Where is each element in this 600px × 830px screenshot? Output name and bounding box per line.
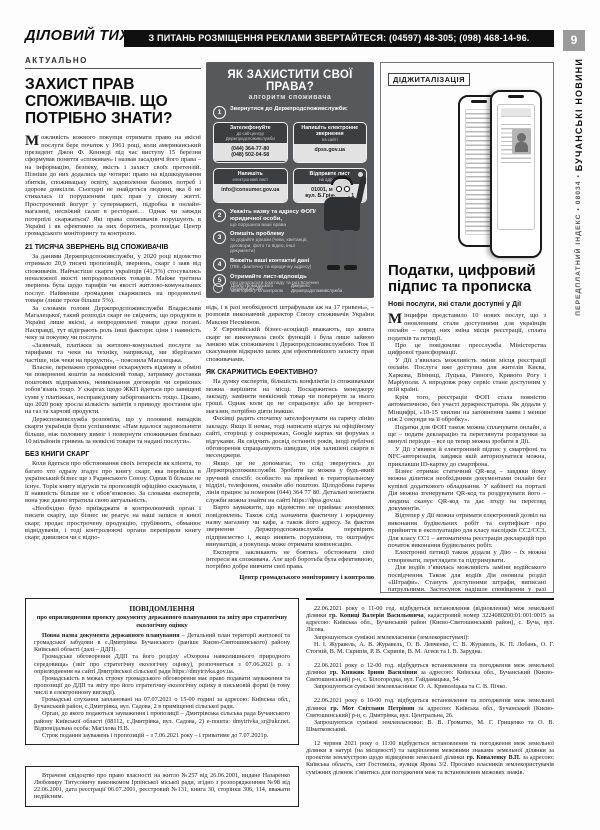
body-paragraph: Податки для ФОП також можна сплачувати о… [388, 424, 546, 446]
diia-app-phone-mockups [458, 90, 546, 260]
subhead-complaints-count: 21 ТИСЯЧА ЗВЕРНЕНЬ ВІД СПОЖИВАЧІВ [25, 244, 201, 251]
survey-notice-paragraph: 22.06.2021 року о 10-00 год. відбудеться… [306, 697, 554, 718]
body-paragraph: «Необхідно було приїжджати в контролюючи… [25, 505, 201, 542]
subhead-no-complaint-book: БЕЗ КНИГИ СКАРГ [25, 451, 201, 458]
infographic-footer: Центр громадського моніторингу та контро… [213, 283, 342, 293]
digitalization-article-box: ДІДЖИТАЛІЗАЦІЯ Податки, цифровий підпис … [380, 62, 554, 593]
step-subtext: (ПІБ, фактичну та юридичну адресу) [230, 265, 311, 271]
official-notice-section: ПОВІДОМЛЕННЯ про оприлюднення проекту до… [25, 598, 299, 745]
glasses-icon [336, 186, 342, 192]
infographic-title: ЯК ЗАХИСТИТИ СВОЇ ПРАВА? [213, 69, 367, 93]
contact-box-online-form: Напишіть електронне звернення на сайті d… [293, 122, 368, 163]
contact-box-heading: Напишіть електронне звернення [297, 125, 364, 137]
notice-paragraph: Строк подання зауважень і пропозицій – з… [34, 732, 290, 739]
body-paragraph: «Зазвичай, платіжки за житлово-комунальн… [25, 342, 201, 364]
body-paragraph: Крім того, реєстрація ФОП стала повністю… [388, 394, 546, 424]
body-paragraph: Бізнес отримає статичний QR-код – завдяк… [388, 468, 546, 512]
step-number-badge: 1 [213, 106, 226, 119]
body-paragraph: На думку експертів, більшість конфліктів… [206, 378, 374, 415]
drop-cap: М [25, 134, 41, 147]
survey-notice-paragraph: 12 червня 2021 року о 11:00 відбудеться … [306, 740, 554, 776]
infographic-step-1: 1 Звернутися до Держпродспоживслужби: [213, 106, 367, 119]
lost-document-notice: Втрачене свідоцтво про право власності н… [25, 766, 299, 807]
cartoon-torso [324, 197, 360, 231]
step-title: Вкажіть ваші контактні дані [230, 258, 311, 265]
paper-title-vertical: БУЧАНСЬКІ НОВИНИ [574, 58, 584, 171]
document-lines [465, 109, 493, 235]
body-paragraph: У Європейській бізнес-асоціації вважають… [206, 326, 374, 363]
step-number-badge: 4 [213, 258, 226, 271]
subscription-index-label: ПЕРЕДПЛАТНИЙ ІНДЕКС • 08034 • [575, 171, 582, 316]
notice-paragraph: Громадські слухання заплановані на 07.07… [34, 696, 290, 710]
body-paragraph: Коли йдеться про обстоювання своїх інтер… [25, 460, 201, 504]
lost-document-box: Втрачене свідоцтво про право власності н… [25, 766, 299, 807]
body-paragraph: Держспоживслужба розповіла, що у половин… [25, 416, 201, 446]
survey-notice-paragraph: Запрошуються суміжні землевласники: О. А… [306, 683, 554, 690]
glasses-icon [344, 186, 350, 192]
body-paragraph: Електронні петиції також додали у Дію – … [388, 549, 546, 564]
body-paragraph: Для водіїв з’явилась можливість заміни в… [388, 564, 546, 593]
kicker-rule [25, 68, 201, 69]
phone-notch [508, 95, 524, 98]
notice-paragraph: Громадськість в межах строку громадськог… [34, 675, 290, 696]
section-kicker: АКТУАЛЬНО [25, 56, 201, 65]
contact-email-address: info@consumer.gov.ua [214, 184, 287, 202]
body-paragraph: відь, і в разі необхідності штрафували а… [206, 304, 374, 326]
survey-notice-paragraph: Н. І. Журавель, А. В. Журавель, О. В. Ле… [306, 641, 554, 655]
body-paragraph: За даними Держпродспоживслужби, у 2020 р… [25, 253, 201, 305]
article-continuation: відь, і в разі необхідності штрафували а… [206, 304, 374, 581]
article-column-left: АКТУАЛЬНО ЗАХИСТ ПРАВ СПОЖИВАЧІВ. ЩО ПОТ… [25, 56, 201, 596]
body-paragraph: Фахівці радять спочатку зателефонувати н… [206, 415, 374, 459]
infographic-credit: Центр громадського моніторингу та контро… [231, 283, 283, 293]
article-headline: ЗАХИСТ ПРАВ СПОЖИВАЧІВ. ЩО ПОТРІБНО ЗНАТ… [25, 76, 201, 127]
page-number: 9 [563, 30, 585, 51]
step-subtext: та додайте докази (чеки, квитанції, дого… [230, 238, 319, 255]
body-paragraph: Про це повідомляє пресслужба Міністерств… [388, 342, 546, 357]
step-number-badge: 3 [213, 231, 226, 244]
notice-paragraph: Орган, до якого подаються зауваження і п… [34, 710, 290, 731]
infographic-step-4: 4 Вкажіть ваші контактні дані (ПІБ, факт… [213, 258, 319, 271]
body-paragraph: Мінцифри представило 10 нових послуг, що… [388, 312, 546, 342]
notice-title: ПОВІДОМЛЕННЯ [34, 604, 290, 613]
survey-notice-paragraph: 22.06.2021 року о 12-00 год. відбудеться… [306, 662, 554, 683]
id-card-header [501, 108, 531, 117]
article-column-right: ДІДЖИТАЛІЗАЦІЯ Податки, цифровий підпис … [380, 62, 554, 593]
contact-box-subheading: електронний лист [217, 177, 284, 182]
article-lead-paragraph: Можливість кожного покупця отримати прав… [25, 134, 201, 238]
body-paragraph: Експерти закликають не боятись обстоюват… [206, 549, 374, 571]
body-paragraph: Якщо це не допомагає, то слід звернутись… [206, 460, 374, 504]
lead-text: інцифри представило 10 нових послуг, що … [388, 312, 546, 341]
edge-vertical-strip: ПЕРЕДПЛАТНИЙ ІНДЕКС • 08034 • БУЧАНСЬКІ … [574, 58, 584, 316]
body-paragraph: У Дії з’явився й електронний підпис у см… [388, 446, 546, 468]
cartoon-shoe [344, 265, 357, 270]
body-paragraph: Відтепер у Дії можна отримати електронни… [388, 512, 546, 549]
id-card [497, 104, 535, 230]
body-paragraph: У Дії з’явилась можливість зміни місця р… [388, 357, 546, 394]
lead-text: ожливість кожного покупця отримати право… [25, 134, 201, 237]
id-card-photo [512, 129, 531, 154]
step-number-badge: 2 [213, 209, 226, 222]
infographic-source: Джерело: Держпродспоживслужба [291, 283, 342, 293]
step-subtext: що порушила ваші права [230, 223, 319, 229]
survey-notice-paragraph: 22.06.2021 року о 11-00 год. відбудеться… [306, 605, 554, 634]
phone-notch [471, 100, 487, 103]
rubric-label: ДІДЖИТАЛІЗАЦІЯ [388, 73, 470, 86]
step-title: Отримайте лист-відповідь [230, 274, 319, 281]
body-paragraph: За словами голови Держпродспоживслужби В… [25, 305, 201, 342]
advertising-contact-banner: З ПИТАНЬ РОЗМІЩЕННЯ РЕКЛАМИ ЗВЕРТАЙТЕСЯ:… [124, 30, 554, 47]
raised-hand [358, 172, 363, 177]
consumer-cartoon-illustration [315, 176, 369, 274]
cartoon-leg [330, 230, 340, 266]
digitalization-deck: Нові послуги, які стали доступні у Дії [388, 300, 546, 309]
consumer-rights-infographic: ЯК ЗАХИСТИТИ СВОЇ ПРАВА? алгоритм спожив… [206, 62, 374, 298]
contact-box-subheading: до call-центру Держпродспоживслужби [217, 131, 284, 141]
contact-box-email: Напишіть електронний лист info@consumer.… [213, 168, 288, 203]
newspaper-page: ДІЛОВИЙ ТИЖДЕНЬ З ПИТАНЬ РОЗМІЩЕННЯ РЕКЛ… [0, 0, 600, 830]
contact-website: dpss.gov.ua [294, 144, 367, 162]
article-byline: Центр громадського моніторингу і контрол… [206, 574, 374, 581]
notice-paragraph: Повна назва документа державного планува… [34, 632, 290, 653]
diia-phone-front [490, 90, 542, 258]
land-survey-notices: 22.06.2021 року о 11-00 год. відбудеться… [306, 598, 554, 820]
cartoon-leg [344, 230, 354, 266]
subhead-how-to-complain: ЯК СКАРЖИТИСЬ ЕФЕКТИВНО? [206, 369, 374, 376]
survey-notice-paragraph: Запрошуються суміжні землевласники (земл… [306, 634, 554, 641]
survey-notice-paragraph: Запрошуються суміжні землевласники: В. В… [306, 719, 554, 733]
body-paragraph: Власне, переважно громадяни оскаржують в… [25, 364, 201, 416]
planning-notice-box: ПОВІДОМЛЕННЯ про оприлюднення проекту до… [25, 598, 299, 745]
contact-phone-numbers: (044) 364-77-80 (048) 502-04-58 [214, 143, 287, 161]
cartoon-shoe [327, 265, 340, 270]
infographic-subtitle: алгоритм споживача [213, 94, 367, 101]
monitoring-center-logo-icon [213, 283, 223, 293]
contact-box-phone: Зателефонуйте до call-центру Держпродспо… [213, 122, 288, 163]
article-column-middle: ЯК ЗАХИСТИТИ СВОЇ ПРАВА? алгоритм спожив… [206, 62, 374, 602]
notice-paragraph: Громадське обговорення ДДП та його розді… [34, 653, 290, 674]
step-title: Укажіть назву та адресу ФОП/юридичної ос… [230, 209, 319, 223]
contact-box-subheading: на сайті [297, 137, 364, 142]
body-paragraph: Варто зауважити, що відомство не приймає… [206, 504, 374, 548]
infographic-step-3: 3 Опишіть проблему та додайте докази (че… [213, 231, 319, 255]
notice-subtitle: про оприлюднення проекту документу держа… [34, 614, 290, 629]
drop-cap: М [388, 312, 404, 325]
infographic-steps-list: 2 Укажіть назву та адресу ФОП/юридичної … [213, 209, 319, 292]
step-title: Звернутися до Держпродспоживслужби: [230, 106, 348, 113]
lost-document-text: Втрачене свідоцтво про право власності н… [34, 772, 290, 801]
infographic-step-2: 2 Укажіть назву та адресу ФОП/юридичної … [213, 209, 319, 228]
